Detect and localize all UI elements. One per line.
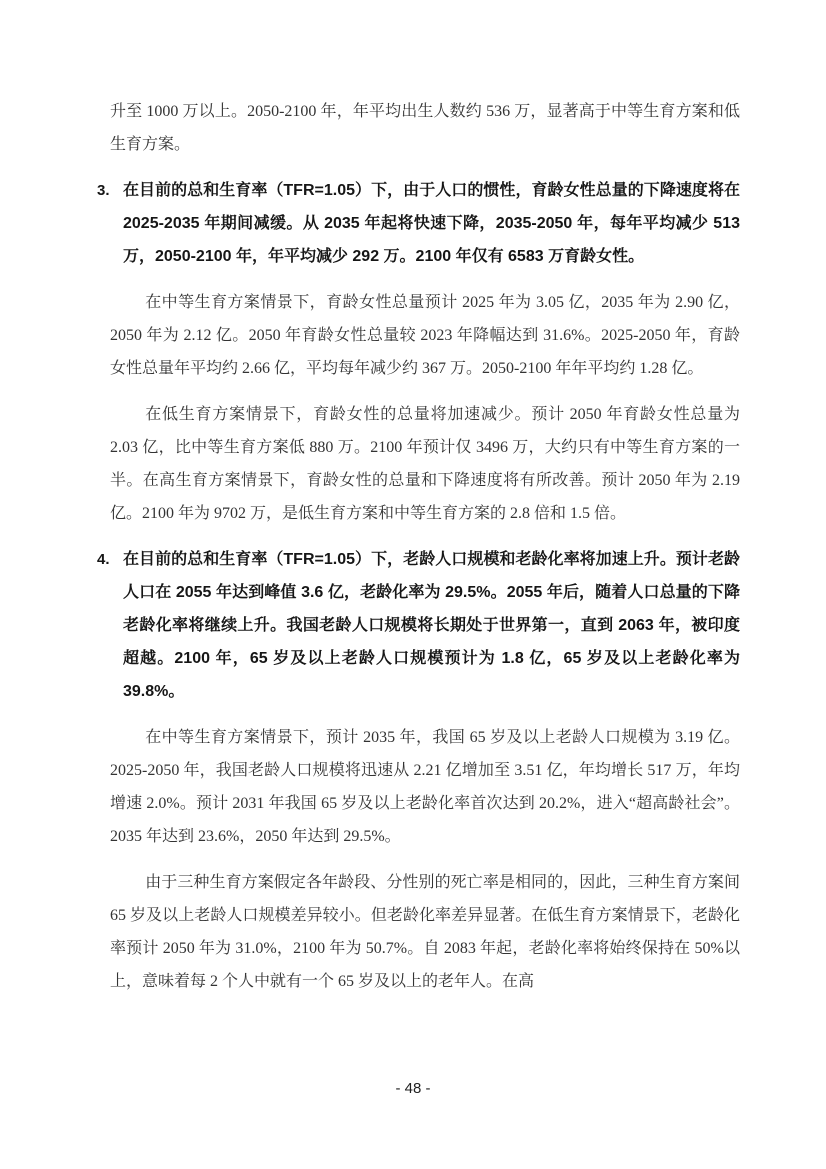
paragraph-low-high-fertility-women: 在低生育方案情景下，育龄女性的总量将加速减少。预计 2050 年育龄女性总量为 … [110, 398, 740, 530]
paragraph-medium-fertility-aging: 在中等生育方案情景下，预计 2035 年，我国 65 岁及以上老龄人口规模为 3… [110, 721, 740, 853]
list-item-3-text: 在目前的总和生育率（TFR=1.05）下，由于人口的惯性，育龄女性总量的下降速度… [123, 174, 740, 273]
list-item-3: 3. 在目前的总和生育率（TFR=1.05）下，由于人口的惯性，育龄女性总量的下… [97, 174, 740, 273]
list-item-3-number: 3. [97, 174, 123, 273]
list-item-4: 4. 在目前的总和生育率（TFR=1.05）下，老龄人口规模和老龄化率将加速上升… [97, 543, 740, 708]
document-page: 升至 1000 万以上。2050-2100 年，年平均出生人数约 536 万，显… [0, 0, 826, 1169]
list-item-4-number: 4. [97, 543, 123, 708]
list-item-4-text: 在目前的总和生育率（TFR=1.05）下，老龄人口规模和老龄化率将加速上升。预计… [123, 543, 740, 708]
paragraph-intro-continuation: 升至 1000 万以上。2050-2100 年，年平均出生人数约 536 万，显… [110, 95, 740, 161]
page-number: - 48 - [0, 1078, 826, 1100]
paragraph-medium-fertility-women: 在中等生育方案情景下，育龄女性总量预计 2025 年为 3.05 亿，2035 … [110, 286, 740, 385]
paragraph-aging-rate-comparison: 由于三种生育方案假定各年龄段、分性别的死亡率是相同的，因此，三种生育方案间 65… [110, 866, 740, 998]
